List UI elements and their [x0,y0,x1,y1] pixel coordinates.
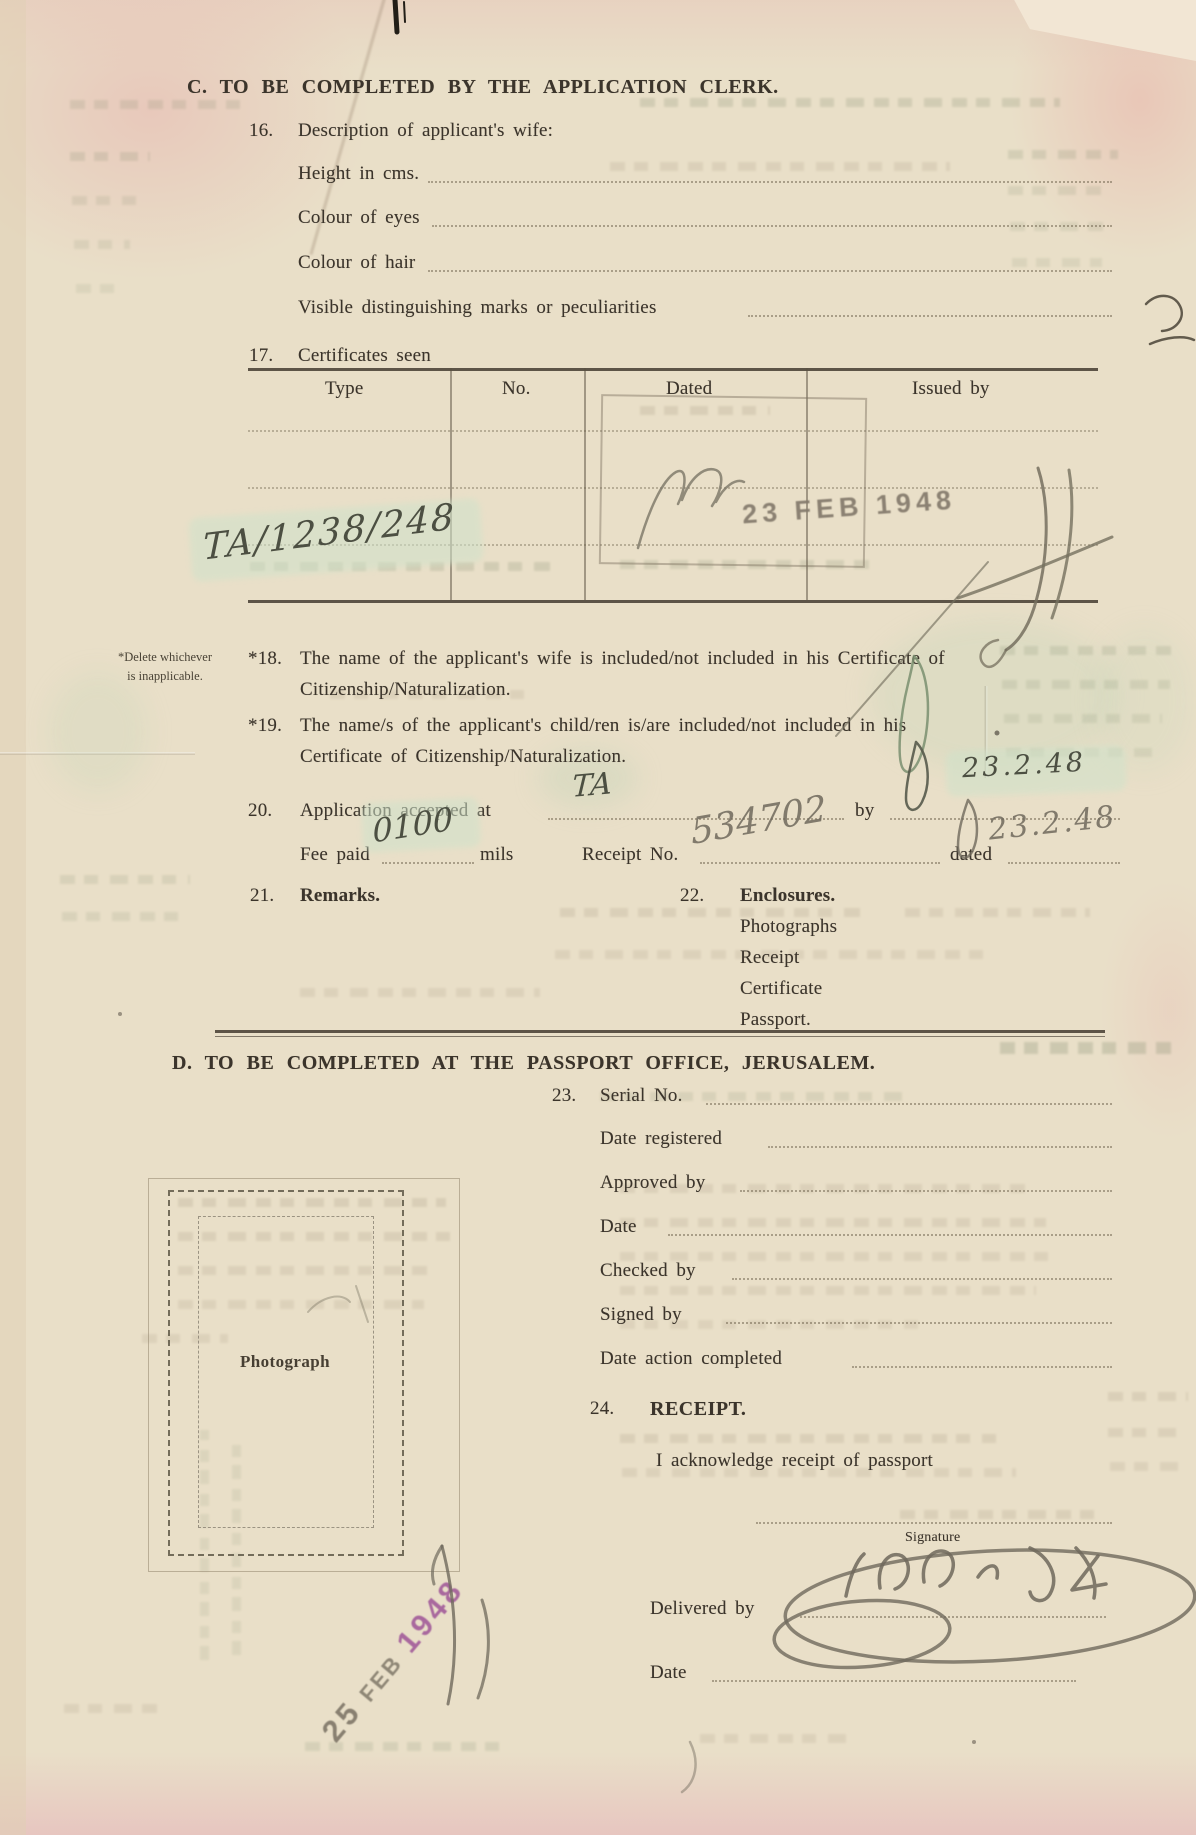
enclosure-item: Passport. [740,1009,811,1031]
pencil-scrawl-delivered [846,1554,864,1596]
item20-dated-label: dated [950,844,992,866]
blank-line [768,1146,1112,1148]
green-wash [48,672,148,792]
scanned-form-page: C. TO BE COMPLETED BY THE APPLICATION CL… [0,0,1196,1835]
table-column-divider [450,368,452,600]
blank-line [382,862,474,864]
item19-text-line1: The name/s of the applicant's child/ren … [300,715,906,737]
blank-line [852,1366,1112,1368]
item20-number: 20. [248,800,272,822]
pencil-oval-large [782,1540,1196,1671]
ink-mark-top [404,2,405,22]
margin-note-line1: *Delete whichever [86,648,244,667]
item21-label: Remarks. [300,885,380,907]
field-label-date-registered: Date registered [600,1128,722,1150]
item23-serial-label: Serial No. [600,1085,683,1107]
stain-top-right [1010,0,1196,260]
item20-mils-label: mils [480,844,514,866]
stamp-month: FEB [355,1650,408,1707]
field-label-date: Date [600,1216,637,1238]
pencil-scrawl-delivered [879,1555,908,1589]
stain-bottom-band [0,1752,1196,1835]
table-top-border [248,368,1098,371]
item16-number: 16. [249,120,273,142]
item19-number: *19. [248,715,282,737]
blank-line [726,1322,1112,1324]
stamp-impression-box [599,394,867,568]
field-label-signed-by: Signed by [600,1304,682,1326]
item24-label: RECEIPT. [650,1398,746,1421]
item23-number: 23. [552,1085,576,1107]
field-label-eyes: Colour of eyes [298,207,420,229]
photo-label: Photograph [198,1352,372,1372]
item18-text-line2: Citizenship/Naturalization. [300,679,511,701]
pencil-flourish [682,1742,696,1792]
blank-line [432,225,1112,227]
section-d-heading: D. TO BE COMPLETED AT THE PASSPORT OFFIC… [172,1052,875,1075]
blank-line [428,181,1112,183]
section-c-heading: C. TO BE COMPLETED BY THE APPLICATION CL… [187,76,779,99]
torn-corner [1012,0,1196,77]
signature-line [756,1522,1112,1524]
pencil-scrawl-delivered [1030,1548,1054,1601]
ink-speck [118,1012,122,1016]
blank-line [700,862,940,864]
field-label-date-action-completed: Date action completed [600,1348,782,1370]
enclosure-item: Receipt [740,947,799,969]
handwritten-receipt-date: 23.2.48 [987,799,1118,847]
ink-squiggle-right-margin [1146,296,1194,344]
handwritten-accepted-date: 23.2.48 [961,747,1087,784]
item18-number: *18. [248,648,282,670]
field-label-approved-by: Approved by [600,1172,705,1194]
item16-label: Description of applicant's wife: [298,120,553,142]
margin-note-line2: is inapplicable. [86,667,244,686]
blank-line [740,1190,1112,1192]
col-header-issued-by: Issued by [912,378,990,400]
enclosure-item: Photographs [740,916,837,938]
stain-top-band [0,0,1196,70]
field-label-marks: Visible distinguishing marks or peculiar… [298,297,657,319]
blank-line [712,1680,1076,1682]
stain-left-edge [0,0,26,1835]
stamp-day: 25 [314,1693,368,1748]
item24-number: 24. [590,1398,614,1420]
margin-note: *Delete whichever is inapplicable. [86,648,244,686]
field-label-height: Height in cms. [298,163,419,185]
pencil-signature-cross [958,537,1112,598]
enclosure-item: Certificate [740,978,822,1000]
handwritten-accepted-at: TA [571,766,613,805]
blank-line [1008,862,1120,864]
section-divider-thin [215,1036,1105,1037]
pencil-scrawl-delivered [923,1551,953,1586]
ink-mark-top [395,0,397,32]
item19-text-line2: Certificate of Citizenship/Naturalizatio… [300,746,626,768]
date-label: Date [650,1662,687,1684]
table-column-divider [584,368,586,600]
section-divider [215,1030,1105,1033]
item21-number: 21. [250,885,274,907]
col-header-type: Type [325,378,364,400]
photo-box-inner [198,1216,374,1528]
acknowledge-text: I acknowledge receipt of passport [656,1450,933,1472]
blank-line [732,1278,1112,1280]
item22-number: 22. [680,885,704,907]
blank-line [706,1103,1112,1105]
item18-text-line1: The name of the applicant's wife is incl… [300,648,945,670]
blank-line [668,1234,1112,1236]
ink-speck [972,1740,976,1744]
field-label-checked-by: Checked by [600,1260,696,1282]
pencil-flourish [478,1600,488,1698]
table-bottom-border [248,600,1098,603]
pencil-scrawl-delivered [978,1566,997,1578]
stain-right-mid [1100,880,1196,1140]
pencil-oval-small [772,1595,952,1673]
item22-label: Enclosures. [740,885,835,907]
item20-fee-label: Fee paid [300,844,370,866]
delivered-by-label: Delivered by [650,1598,755,1620]
stamp-year: 1948 [389,1572,470,1660]
item17-number: 17. [249,345,273,367]
signature-label: Signature [905,1530,960,1546]
blank-line [800,1616,1106,1618]
blank-line [428,270,1112,272]
field-label-hair: Colour of hair [298,252,415,274]
handwritten-receipt-no: 534702 [690,788,828,853]
col-header-no: No. [502,378,531,400]
item20-receipt-label: Receipt No. [582,844,678,866]
item17-label: Certificates seen [298,345,431,367]
item20-by-label: by [855,800,874,822]
pencil-scrawl-delivered [1072,1548,1106,1598]
blank-line [748,315,1112,317]
